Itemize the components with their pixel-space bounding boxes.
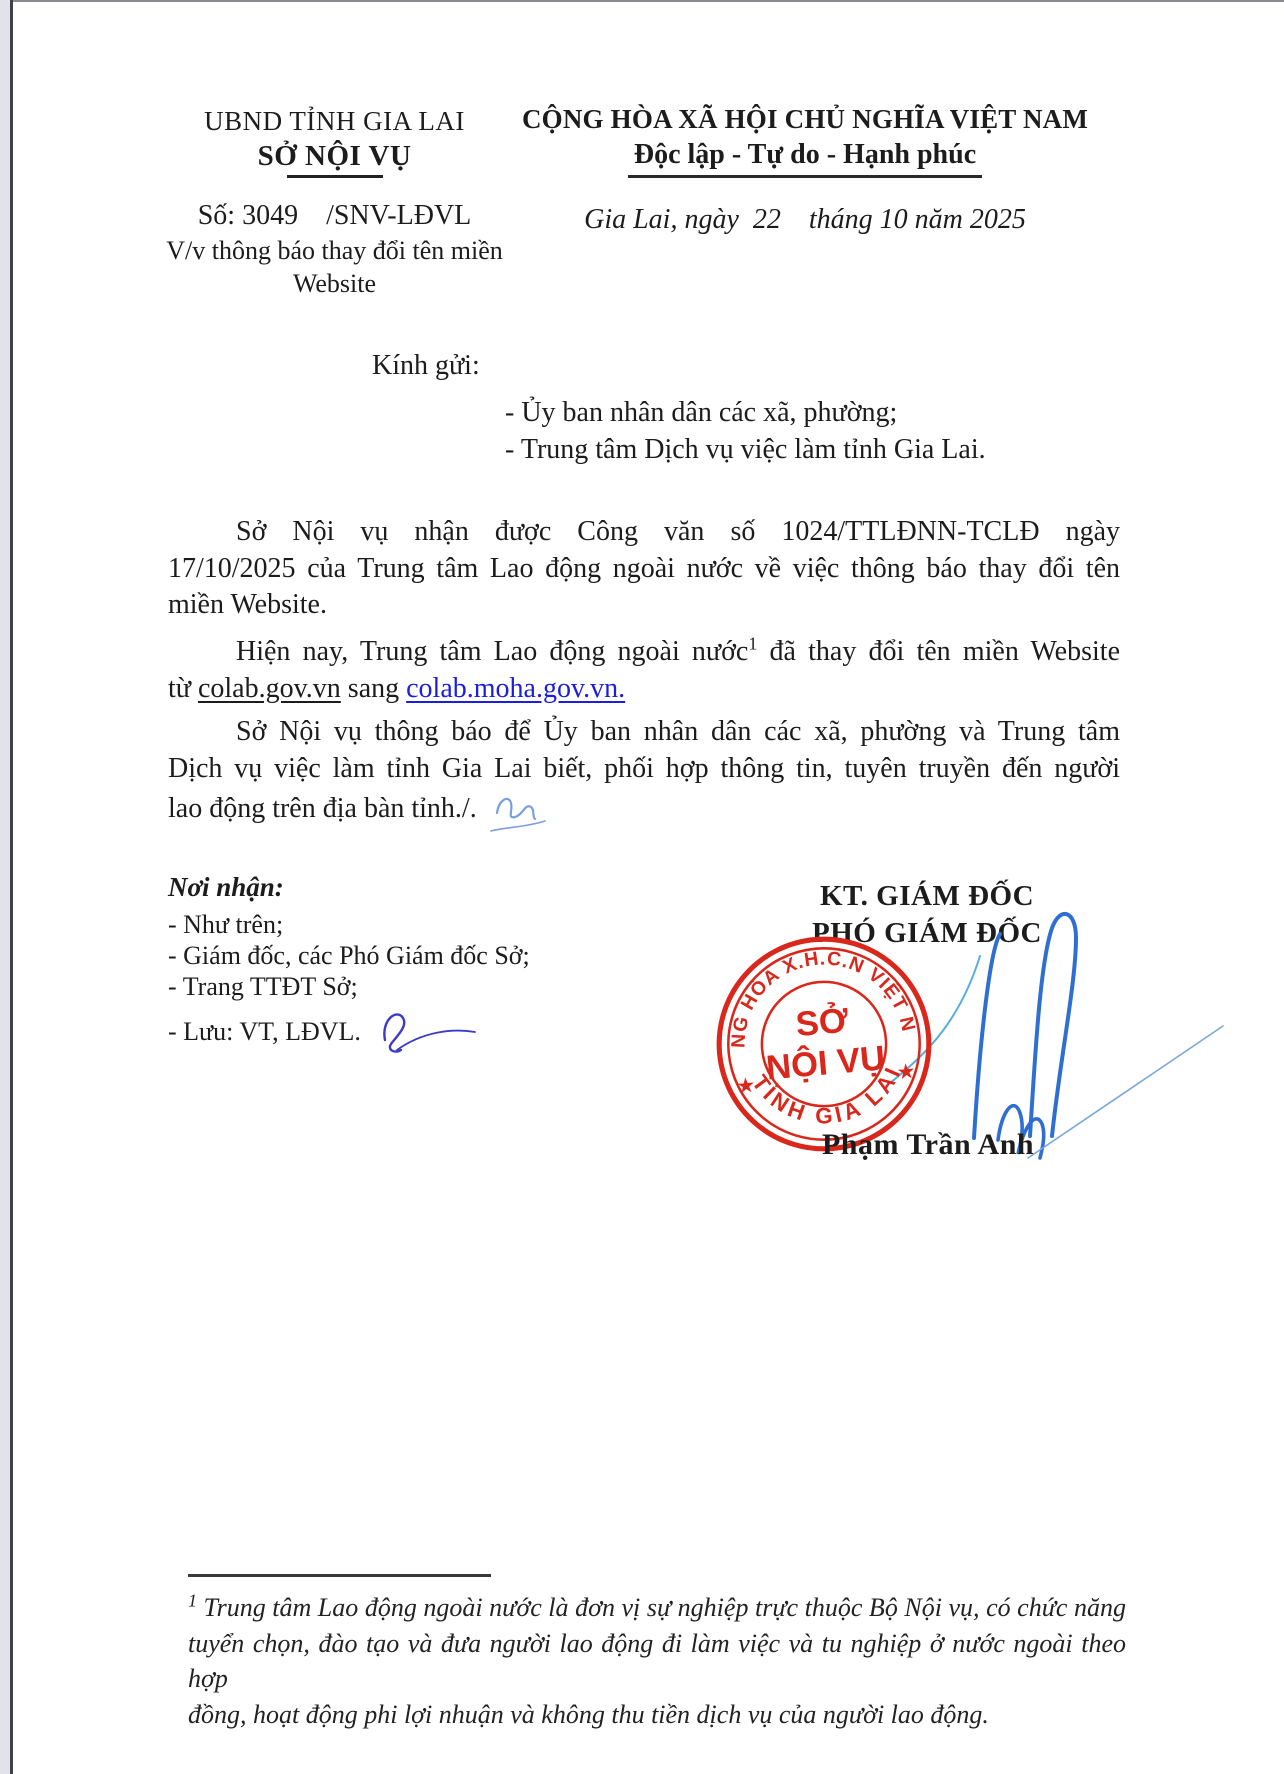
paragraph-3-line-2: Dịch vụ việc làm tỉnh Gia Lai biết, phối… — [168, 751, 1120, 788]
org-underline — [287, 175, 383, 178]
national-motto: Độc lập - Tự do - Hạnh phúc — [628, 139, 982, 178]
footnote-line-1-text: Trung tâm Lao động ngoài nước là đơn vị … — [197, 1593, 1126, 1622]
seal-center-line-1: SỞ — [794, 1000, 850, 1044]
seal-center-line-2: NỘI VỤ — [765, 1037, 887, 1087]
subject-line-1: V/v thông báo thay đổi tên miền — [162, 236, 507, 266]
footnote-separator — [188, 1574, 491, 1577]
footnote-line-2: tuyển chọn, đào tạo và đưa người lao độn… — [188, 1626, 1126, 1697]
paragraph-2-line-1: Hiện nay, Trung tâm Lao động ngoài nước1… — [168, 634, 1120, 671]
header-issuing-org: UBND TỈNH GIA LAI SỞ NỘI VỤ Số: 3049 /SN… — [162, 106, 507, 299]
distribution-item-4: - Lưu: VT, LĐVL. — [168, 1002, 530, 1065]
paragraph-1-line-2: 17/10/2025 của Trung tâm Lao động ngoài … — [168, 551, 1120, 588]
para2-from: từ — [168, 673, 198, 704]
seal-star-right: ★ — [897, 1060, 916, 1082]
paragraph-3-line-3-text: lao động trên địa bàn tỉnh./. — [168, 793, 477, 824]
paragraph-1-line-1: Sở Nội vụ nhận được Công văn số 1024/TTL… — [168, 514, 1120, 551]
reviewer-initial-scribble — [485, 787, 555, 850]
scan-left-edge — [0, 0, 10, 1774]
footnote: 1 Trung tâm Lao động ngoài nước là đơn v… — [188, 1590, 1126, 1732]
paragraph-1-line-3: miền Website. — [168, 587, 1120, 624]
new-domain-link[interactable]: colab.moha.gov.vn. — [406, 673, 625, 704]
org-parent: UBND TỈNH GIA LAI — [162, 106, 507, 137]
seal-star-left: ★ — [737, 1074, 756, 1096]
old-domain-text: colab.gov.vn — [198, 673, 341, 704]
para2-sang: sang — [341, 673, 406, 704]
doc-number: Số: 3049 /SNV-LĐVL — [162, 200, 507, 232]
date-line: Gia Lai, ngày 22 tháng 10 năm 2025 — [505, 204, 1105, 236]
distribution-item-2: - Giám đốc, các Phó Giám đốc Sở; — [168, 940, 530, 971]
distribution-block: Nơi nhận: - Như trên; - Giám đốc, các Ph… — [168, 872, 530, 1065]
org-name: SỞ NỘI VỤ — [162, 140, 507, 173]
subject-line-2: Website — [162, 269, 507, 299]
paragraph-3-line-3: lao động trên địa bàn tỉnh./. — [168, 787, 1120, 850]
distribution-item-1: - Như trên; — [168, 909, 530, 940]
official-letter-page: UBND TỈNH GIA LAI SỞ NỘI VỤ Số: 3049 /SN… — [0, 0, 1284, 1774]
footnote-line-1: 1 Trung tâm Lao động ngoài nước là đơn v… — [188, 1590, 1126, 1626]
national-title: CỘNG HÒA XÃ HỘI CHỦ NGHĨA VIỆT NAM — [505, 104, 1105, 135]
recipient-list: - Ủy ban nhân dân các xã, phường; - Trun… — [505, 394, 986, 468]
clerk-initial-scribble — [367, 1002, 483, 1065]
distribution-item-4-text: - Lưu: VT, LĐVL. — [168, 1017, 361, 1046]
paragraph-3: Sở Nội vụ thông báo để Ủy ban nhân dân c… — [168, 714, 1120, 850]
para2-rest: đã thay đổi tên miền Website — [757, 636, 1120, 667]
paragraph-2-line-2: từ colab.gov.vn sang colab.moha.gov.vn. — [168, 671, 1120, 708]
paragraph-1: Sở Nội vụ nhận được Công văn số 1024/TTL… — [168, 514, 1120, 624]
distribution-item-3: - Trang TTĐT Sở; — [168, 971, 530, 1002]
salutation: Kính gửi: — [372, 350, 480, 382]
distribution-title: Nơi nhận: — [168, 872, 530, 903]
signer-name: Phạm Trần Anh — [740, 1128, 1116, 1162]
recipient-2: - Trung tâm Dịch vụ việc làm tỉnh Gia La… — [505, 431, 986, 468]
para2-text: Hiện nay, Trung tâm Lao động ngoài nước — [236, 636, 748, 667]
paragraph-2: Hiện nay, Trung tâm Lao động ngoài nước1… — [168, 634, 1120, 707]
footnote-marker: 1 — [188, 1590, 197, 1610]
footnote-reference: 1 — [748, 634, 757, 654]
scan-left-border — [10, 0, 13, 1774]
footnote-line-3: đồng, hoạt động phi lợi nhuận và không t… — [188, 1697, 1126, 1733]
paragraph-3-line-1: Sở Nội vụ thông báo để Ủy ban nhân dân c… — [168, 714, 1120, 751]
header-national: CỘNG HÒA XÃ HỘI CHỦ NGHĨA VIỆT NAM Độc l… — [505, 104, 1105, 236]
scan-top-border — [13, 0, 1284, 2]
recipient-1: - Ủy ban nhân dân các xã, phường; — [505, 394, 986, 431]
